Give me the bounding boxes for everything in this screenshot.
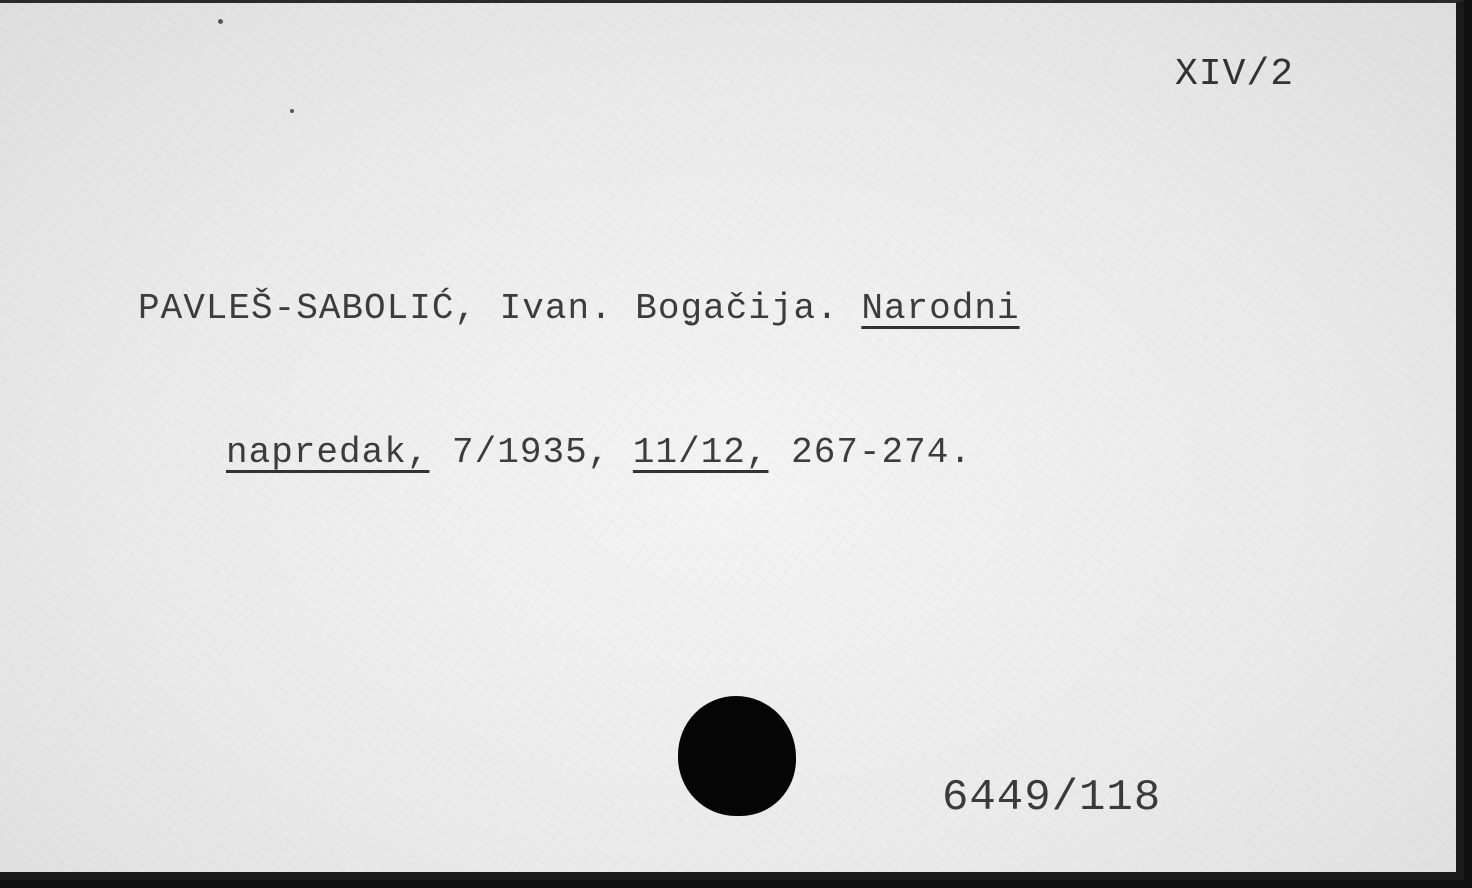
entry-line-1: PAVLEŠ-SABOLIĆ, Ivan. Bogačija. Narodni [138,285,1020,333]
page-range: 267-274. [791,432,972,473]
issue-year: 7/1935, [452,432,610,473]
entry-line-2: napredak, 7/1935, 11/12, 267-274. [138,429,1020,477]
punch-hole [678,696,796,816]
paper-speck [218,19,223,24]
catalog-card: XIV/2 PAVLEŠ-SABOLIĆ, Ivan. Bogačija. Na… [0,0,1464,880]
author: PAVLEŠ-SABOLIĆ, Ivan. [138,288,613,329]
periodical-title-part2: napredak, [226,432,429,473]
volume-number: 11/12, [633,432,769,473]
bibliographic-entry: PAVLEŠ-SABOLIĆ, Ivan. Bogačija. Narodni … [138,189,1020,573]
accession-number: 6449/118 [942,773,1161,823]
paper-speck [290,109,294,113]
call-number: XIV/2 [1175,53,1294,96]
periodical-title-part1: Narodni [861,288,1019,329]
article-title: Bogačija. [635,288,838,329]
